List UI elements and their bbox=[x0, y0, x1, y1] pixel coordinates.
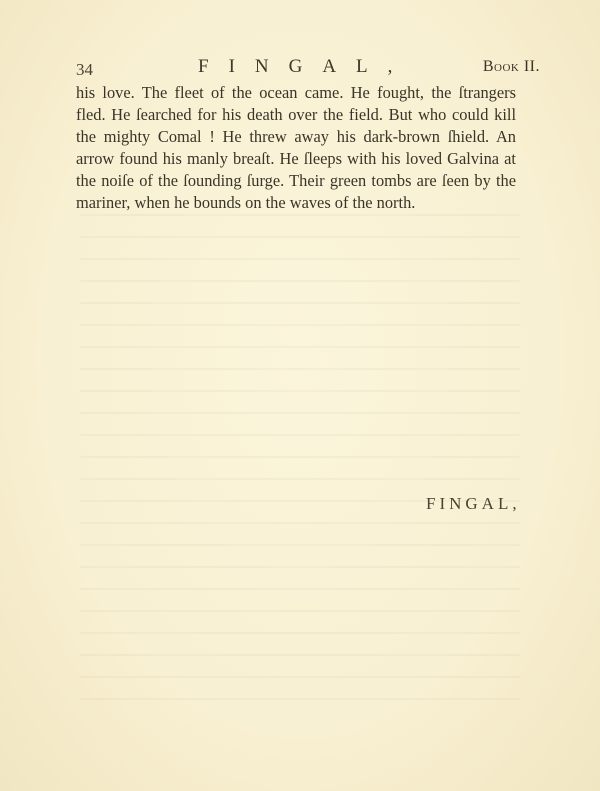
page-number: 34 bbox=[76, 60, 93, 80]
text-line: mariner, when he bounds on the waves of … bbox=[76, 192, 516, 214]
body-text: his love. The fleet of the ocean came. H… bbox=[76, 82, 516, 214]
text-line: fled. He ſearched for his death over the… bbox=[76, 104, 516, 126]
book-label: Book II. bbox=[483, 58, 540, 76]
paper-show-through bbox=[80, 200, 520, 700]
text-line: the noiſe of the ſounding ſurge. Their g… bbox=[76, 170, 516, 192]
catchword: FINGAL, bbox=[426, 494, 521, 514]
text-line: the mighty Comal ! He threw away his dar… bbox=[76, 126, 516, 148]
running-title: FINGAL, bbox=[198, 56, 412, 78]
text-line: arrow found his manly breaſt. He ſleeps … bbox=[76, 148, 516, 170]
text-line: his love. The fleet of the ocean came. H… bbox=[76, 82, 516, 104]
page-header: 34 FINGAL, Book II. bbox=[76, 56, 540, 82]
